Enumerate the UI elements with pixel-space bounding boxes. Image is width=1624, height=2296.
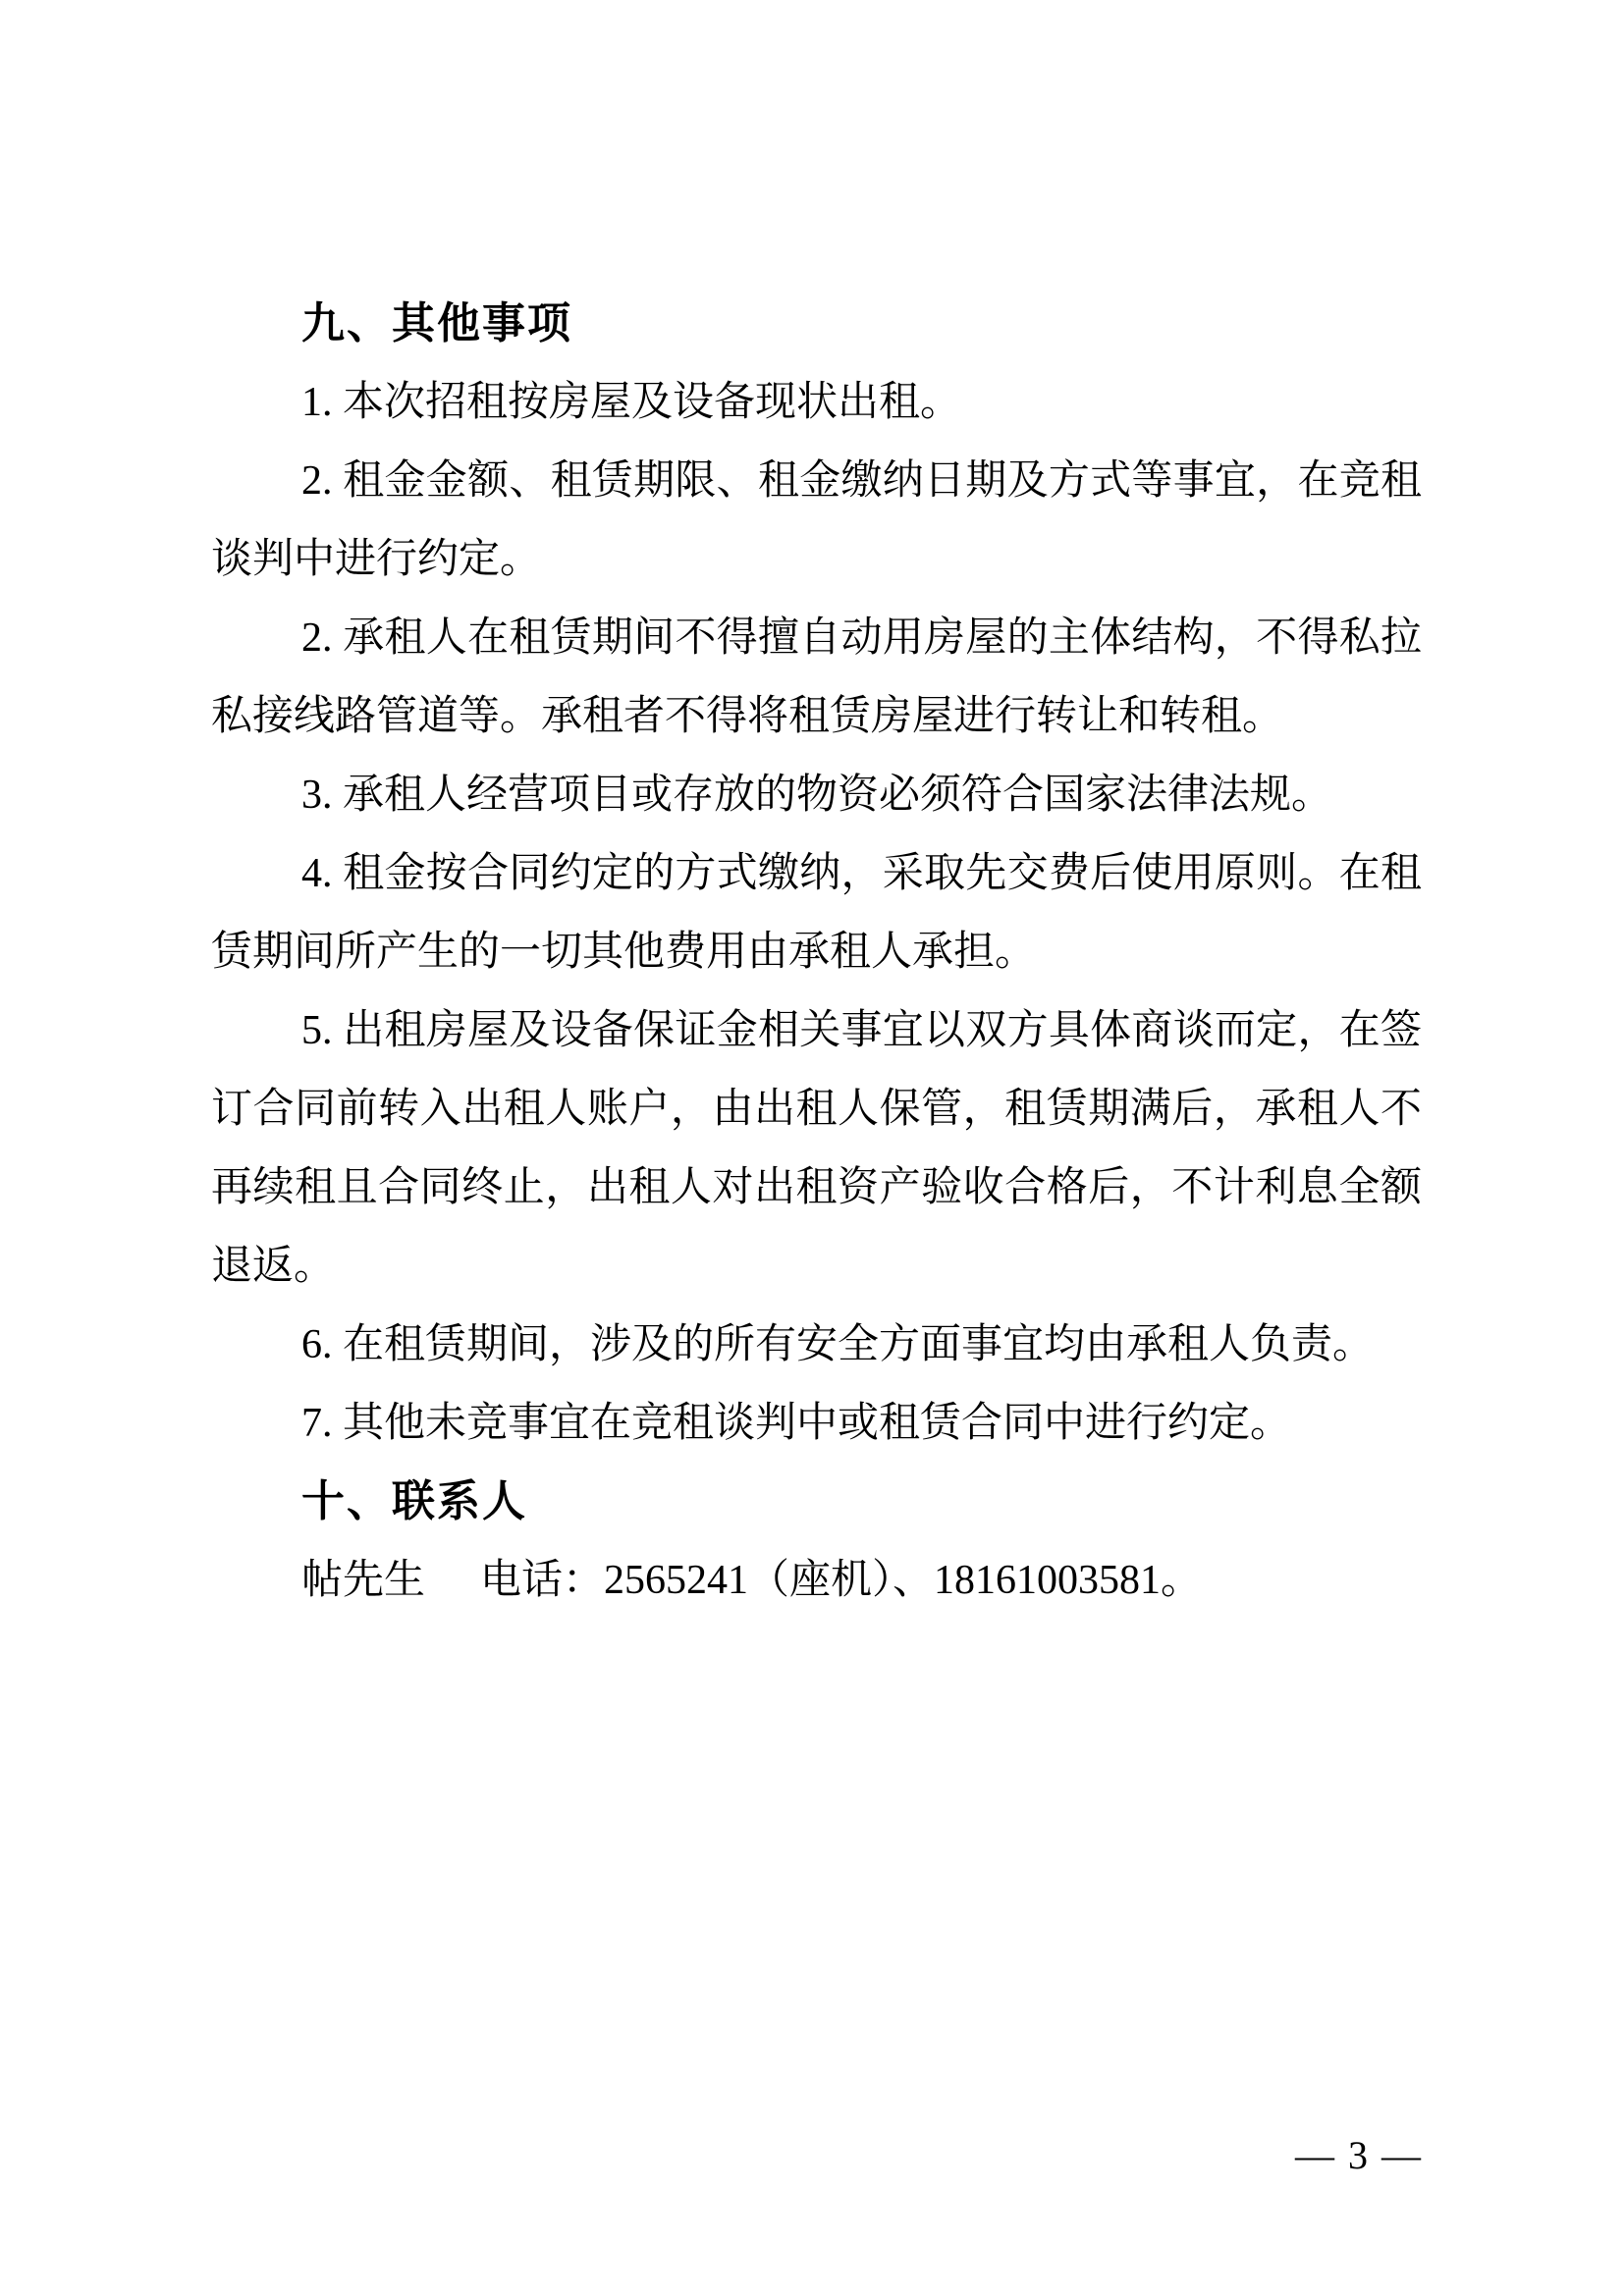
clause-item-2: 2. 租金金额、租赁期限、租金缴纳日期及方式等事宜，在竞租谈判中进行约定。	[211, 442, 1422, 599]
contact-name: 帖先生	[301, 1558, 425, 1603]
section-9-heading: 九、其他事项	[211, 285, 1422, 363]
clause-item-5: 4. 租金按合同约定的方式缴纳，采取先交费后使用原则。在租赁期间所产生的一切其他…	[211, 834, 1422, 991]
clause-item-6: 5. 出租房屋及设备保证金相关事宜以双方具体商谈而定，在签订合同前转入出租人账户…	[211, 991, 1422, 1306]
contact-phone-label: 电话：	[480, 1558, 604, 1603]
clause-item-7: 6. 在租赁期间，涉及的所有安全方面事宜均由承租人负责。	[211, 1306, 1422, 1384]
clause-item-8: 7. 其他未竞事宜在竞租谈判中或租赁合同中进行约定。	[211, 1384, 1422, 1463]
document-body: 九、其他事项 1. 本次招租按房屋及设备现状出租。 2. 租金金额、租赁期限、租…	[211, 285, 1422, 1620]
contact-line: 帖先生电话：2565241（座机）、18161003581。	[211, 1541, 1422, 1620]
contact-phone-numbers: 2565241（座机）、18161003581。	[604, 1558, 1202, 1603]
clause-item-1: 1. 本次招租按房屋及设备现状出租。	[211, 363, 1422, 442]
page-number-text: — 3 —	[1295, 2133, 1423, 2177]
clause-item-4: 3. 承租人经营项目或存放的物资必须符合国家法律法规。	[211, 756, 1422, 834]
document-page: 九、其他事项 1. 本次招租按房屋及设备现状出租。 2. 租金金额、租赁期限、租…	[0, 0, 1624, 2296]
section-10-heading: 十、联系人	[211, 1463, 1422, 1541]
page-number: — 3 —	[1295, 2132, 1423, 2179]
clause-item-3: 2. 承租人在租赁期间不得擅自动用房屋的主体结构，不得私拉私接线路管道等。承租者…	[211, 599, 1422, 756]
